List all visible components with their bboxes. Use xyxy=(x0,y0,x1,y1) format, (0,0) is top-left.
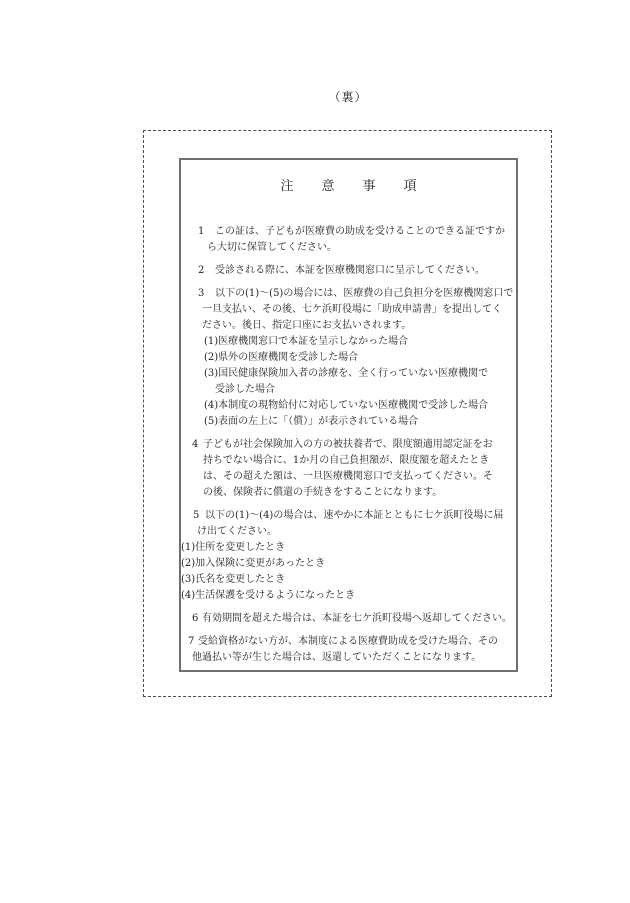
notice-item-5: 5以下の(1)～(4)の場合は、速やかに本証とともに七ケ浜町役場に届 け出てくだ… xyxy=(181,508,516,604)
item-number: 1 xyxy=(198,224,215,240)
item-number: 2 xyxy=(198,263,215,279)
notice-item-6: 6有効期間を超えた場合は、本証を七ケ浜町役場へ返却してください。 xyxy=(181,611,516,627)
note-line: (1)住所を変更したとき xyxy=(181,540,516,556)
note-line: 他過払い等が生じた場合は、返還していただくことになります。 xyxy=(181,650,516,666)
item-number: 5 xyxy=(193,508,205,524)
note-text: 受給資格がない方が、本制度による医療費助成を受けた場合、その xyxy=(198,636,498,647)
note-line: 1この証は、子どもが医療費の助成を受けることのできる証ですか xyxy=(181,224,516,240)
note-line: (3)氏名を変更したとき xyxy=(181,572,516,588)
note-line: (3)国民健康保険加入者の診療を、全く行っていない医療機関で xyxy=(181,366,516,382)
note-line: 2受診される際に、本証を医療機関窓口に呈示してください。 xyxy=(181,263,516,279)
note-line: ら大切に保管してください。 xyxy=(181,240,516,256)
item-number: 6 xyxy=(192,611,202,627)
notice-card: 注意事項 1この証は、子どもが医療費の助成を受けることのできる証ですか ら大切に… xyxy=(179,158,518,672)
note-line: は、その超えた額は、一旦医療機関窓口で支払ってください。そ xyxy=(181,469,516,485)
note-text: この証は、子どもが医療費の助成を受けることのできる証ですか xyxy=(215,226,505,237)
note-line: 3以下の(1)～(5)の場合には、医療費の自己負担分を医療機関窓口で xyxy=(181,286,516,302)
item-number: 7 xyxy=(188,634,198,650)
note-line: (2)加入保険に変更があったとき xyxy=(181,556,516,572)
page-side-label: （裏） xyxy=(143,88,553,105)
note-line: 4子どもが社会保険加入の方の被扶養者で、限度額適用認定証をお xyxy=(181,437,516,453)
note-line: (2)県外の医療機関を受診した場合 xyxy=(181,350,516,366)
note-line: 6有効期間を超えた場合は、本証を七ケ浜町役場へ返却してください。 xyxy=(181,611,516,627)
note-line: 持ちでない場合に、1か月の自己負担額が、限度額を超えたとき xyxy=(181,453,516,469)
note-line: 7受給資格がない方が、本制度による医療費助成を受けた場合、その xyxy=(181,634,516,650)
note-line: (4)本制度の現物給付に対応していない医療機関で受診した場合 xyxy=(181,398,516,414)
note-line: 5以下の(1)～(4)の場合は、速やかに本証とともに七ケ浜町役場に届 xyxy=(181,508,516,524)
page: （裏） 注意事項 1この証は、子どもが医療費の助成を受けることのできる証ですか … xyxy=(0,0,630,903)
notice-item-7: 7受給資格がない方が、本制度による医療費助成を受けた場合、その 他過払い等が生じ… xyxy=(181,634,516,666)
item-number: 3 xyxy=(198,286,215,302)
note-line: 一旦支払い、その後、七ケ浜町役場に「助成申請書」を提出してく xyxy=(181,302,516,318)
dashed-frame: 注意事項 1この証は、子どもが医療費の助成を受けることのできる証ですか ら大切に… xyxy=(143,130,552,697)
notice-item-2: 2受診される際に、本証を医療機関窓口に呈示してください。 xyxy=(181,263,516,279)
item-number: 4 xyxy=(192,437,203,453)
note-line: (4)生活保護を受けるようになったとき xyxy=(181,588,516,604)
note-line: (5)表面の左上に「（償）」が表示されている場合 xyxy=(181,414,516,430)
note-text: 有効期間を超えた場合は、本証を七ケ浜町役場へ返却してください。 xyxy=(202,613,512,624)
note-text: 子どもが社会保険加入の方の被扶養者で、限度額適用認定証をお xyxy=(203,439,493,450)
notice-title: 注意事項 xyxy=(181,180,516,194)
note-line: け出てください。 xyxy=(181,524,516,540)
note-line: の後、保険者に償還の手続きをすることになります。 xyxy=(181,485,516,501)
note-text: 以下の(1)～(4)の場合は、速やかに本証とともに七ケ浜町役場に届 xyxy=(205,510,503,521)
notice-body: 1この証は、子どもが医療費の助成を受けることのできる証ですか ら大切に保管してく… xyxy=(181,224,516,666)
notice-item-4: 4子どもが社会保険加入の方の被扶養者で、限度額適用認定証をお 持ちでない場合に、… xyxy=(181,437,516,501)
notice-item-1: 1この証は、子どもが医療費の助成を受けることのできる証ですか ら大切に保管してく… xyxy=(181,224,516,256)
note-line: ださい。後日、指定口座にお支払いされます。 xyxy=(181,318,516,334)
note-line: 受診した場合 xyxy=(181,382,516,398)
note-text: 以下の(1)～(5)の場合には、医療費の自己負担分を医療機関窓口で xyxy=(215,288,513,299)
note-text: 受診される際に、本証を医療機関窓口に呈示してください。 xyxy=(215,265,485,276)
notice-item-3: 3以下の(1)～(5)の場合には、医療費の自己負担分を医療機関窓口で 一旦支払い… xyxy=(181,286,516,430)
note-line: (1)医療機関窓口で本証を呈示しなかった場合 xyxy=(181,334,516,350)
